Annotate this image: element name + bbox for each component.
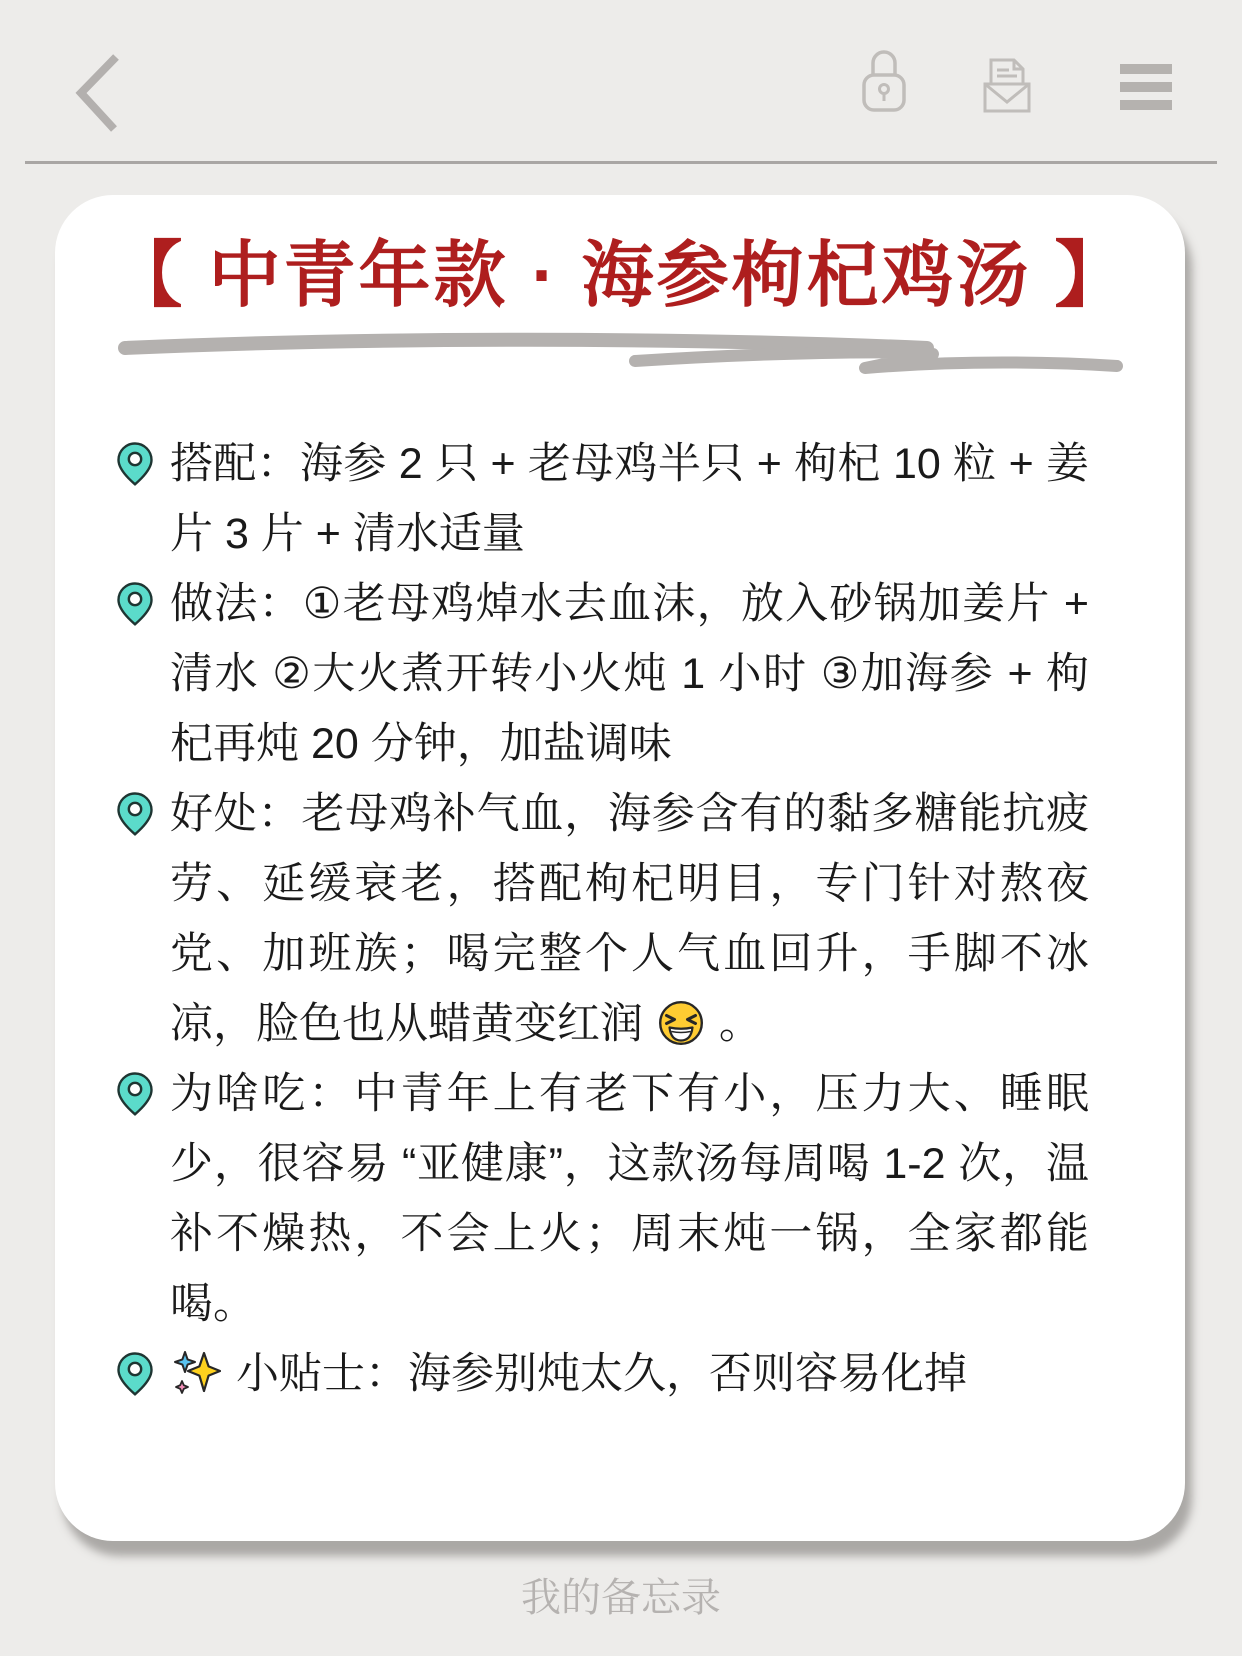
bullet-text: 为啥吃：中青年上有老下有小，压力大、睡眠少，很容易 “亚健康”，这款汤每周喝 1… <box>170 1070 1089 1328</box>
notebook-name: 我的备忘录 <box>0 1566 1242 1623</box>
note-bullet: 好处：老母鸡补气血，海参含有的黏多糖能抗疲劳、延缓衰老，搭配枸杞明目，专门针对熬… <box>117 779 1089 1059</box>
note-bullet: 做法：①老母鸡焯水去血沫，放入砂锅加姜片 + 清水 ②大火煮开转小火炖 1 小时… <box>117 569 1089 779</box>
note-title: 【 中青年款 · 海参枸杞鸡汤 】 <box>65 239 1175 315</box>
bullet-list: 搭配：海参 2 只 + 老母鸡半只 + 枸杞 10 粒 + 姜片 3 片 + 清… <box>55 429 1185 1409</box>
chevron-left-icon <box>74 54 120 132</box>
menu-icon <box>1120 64 1172 110</box>
lock-icon <box>860 46 908 114</box>
topbar-divider <box>25 161 1217 164</box>
title-underline-scribble <box>115 327 1125 377</box>
note-bullet: 小贴士：海参别炖太久，否则容易化掉 <box>117 1339 1089 1409</box>
laughing-squinting-face-emoji <box>658 1000 704 1046</box>
mail-document-icon <box>978 54 1036 114</box>
lock-button[interactable] <box>860 46 908 114</box>
note-card: 【 中青年款 · 海参枸杞鸡汤 】 搭配：海参 2 只 + 老母鸡半只 + 枸杞… <box>55 195 1185 1541</box>
location-pin-icon <box>117 792 153 836</box>
location-pin-icon <box>117 1072 153 1116</box>
bullet-text: 做法：①老母鸡焯水去血沫，放入砂锅加姜片 + 清水 ②大火煮开转小火炖 1 小时… <box>170 580 1089 768</box>
location-pin-icon <box>117 442 153 486</box>
bullet-text: 小贴士：海参别炖太久，否则容易化掉 <box>170 1350 967 1398</box>
menu-button[interactable] <box>1120 64 1172 110</box>
bullet-text: 搭配：海参 2 只 + 老母鸡半只 + 枸杞 10 粒 + 姜片 3 片 + 清… <box>170 440 1089 558</box>
back-button[interactable] <box>74 54 120 132</box>
location-pin-icon <box>117 582 153 626</box>
sparkles-emoji <box>173 1350 221 1396</box>
share-note-button[interactable] <box>978 54 1036 114</box>
location-pin-icon <box>117 1352 153 1396</box>
bullet-text: 好处：老母鸡补气血，海参含有的黏多糖能抗疲劳、延缓衰老，搭配枸杞明目，专门针对熬… <box>170 790 1089 1048</box>
note-bullet: 为啥吃：中青年上有老下有小，压力大、睡眠少，很容易 “亚健康”，这款汤每周喝 1… <box>117 1059 1089 1339</box>
note-bullet: 搭配：海参 2 只 + 老母鸡半只 + 枸杞 10 粒 + 姜片 3 片 + 清… <box>117 429 1089 569</box>
